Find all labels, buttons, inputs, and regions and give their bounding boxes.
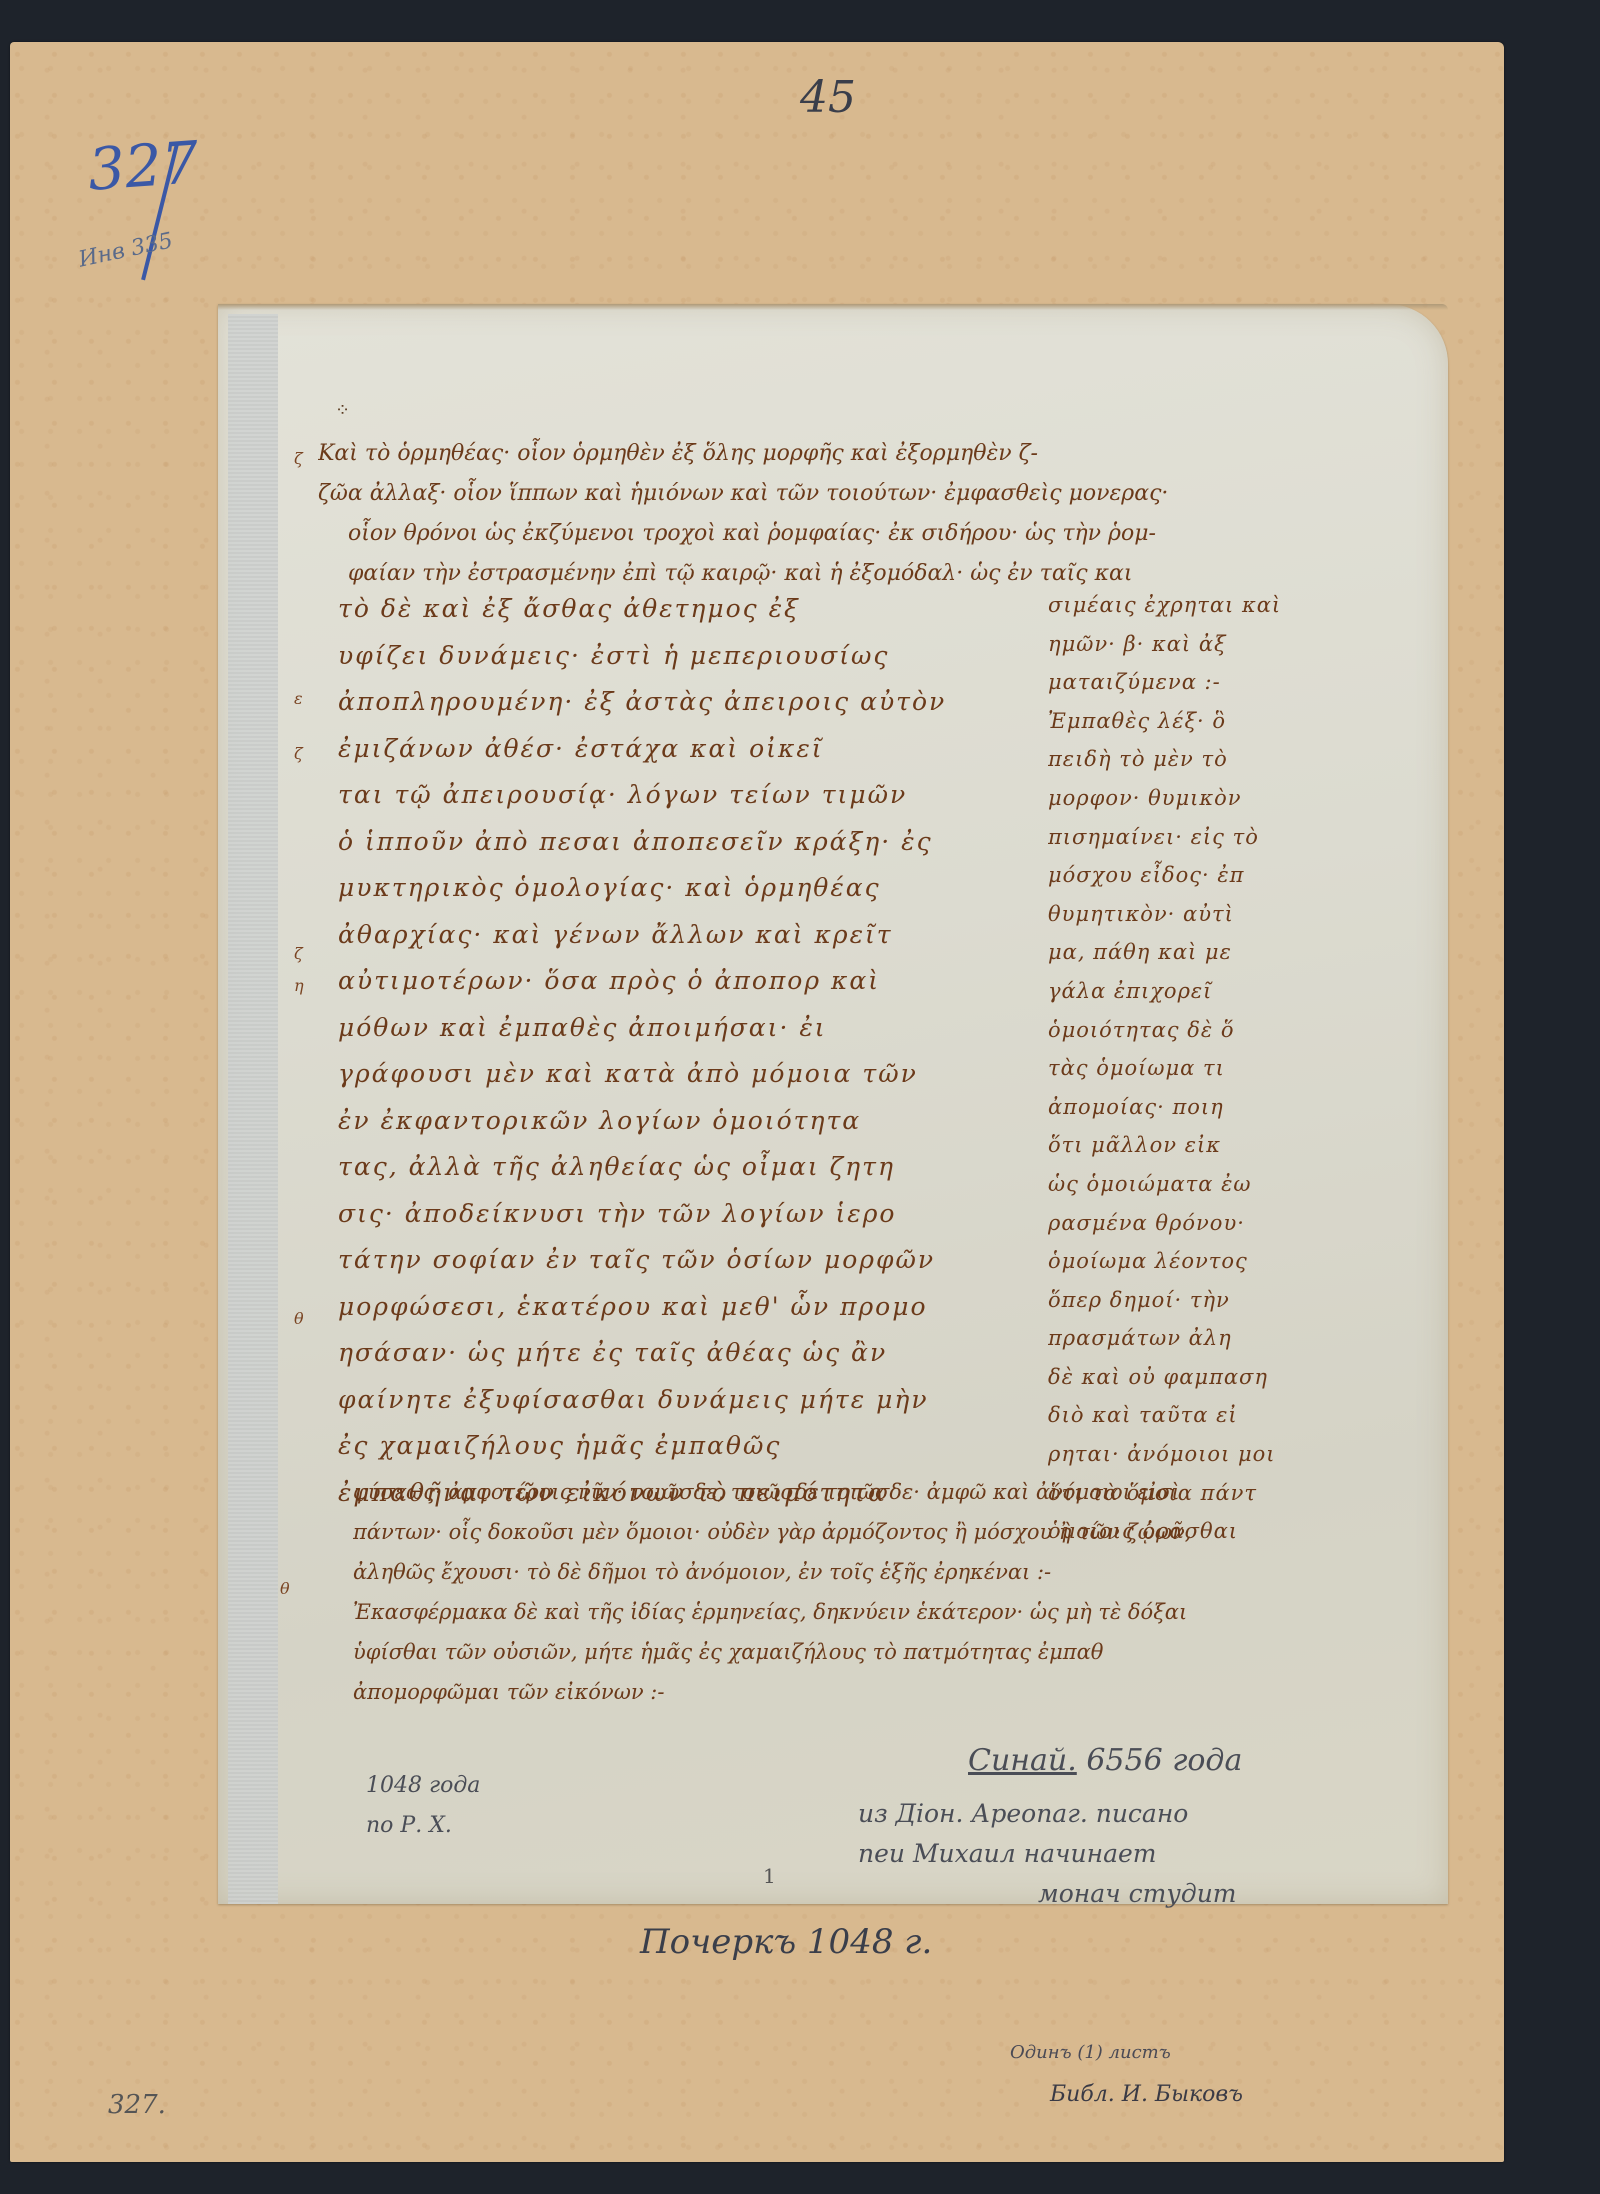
text-line: μορφώσεσι, ἑκατέρου καὶ μεθ' ὧν προμο [338,1284,978,1331]
text-line: τας, ἀλλὰ τῆς ἀληθείας ὡς οἶμαι ζητη [338,1144,978,1191]
manuscript-leaf: ⁘ Καὶ τὸ ὁρμηθέας· οἷον ὁρμηθὲν ἐξ ὅλης … [218,304,1448,1904]
text-line: ὅτι μᾶλλον εἰκ [1048,1126,1378,1165]
main-text-column: τὸ δὲ καὶ ἐξ ἄσθας ἀθετημος ἐξ υφίζει δυ… [338,586,978,1516]
text-line: ὅπερ δημοί· τὴν [1048,1281,1378,1320]
gauze-hinge-strip [228,314,278,1904]
hand-date-label: Почеркъ 1048 г. [640,1922,932,1962]
text-line: γάλα ἐπιχορεῖ [1048,972,1378,1011]
shelf-number: 327 [86,128,201,204]
text-line: ημῶν· β· καὶ ἀξ [1048,625,1378,664]
text-line: μόσχου εἶδος· ἐπ [1048,856,1378,895]
text-line: θυμητικὸν· αὐτὶ [1048,895,1378,934]
margin-mark: ζ [294,744,303,763]
text-line: φαίνητε ἐξυφίσασθαι δυνάμεις μήτε μὴν [338,1377,978,1424]
text-line: ἀληθῶς ἔχουσι· τὸ δὲ δῆμοι τὸ ἀνόμοιον, … [353,1552,1433,1592]
folio-number: 45 [800,72,856,123]
text-line: μυκτηρικὸς ὁμολογίας· καὶ ὁρμηθέας [338,865,978,912]
text-line: υφίζει δυνάμεις· ἐστὶ ἡ μεπεριουσίως [338,633,978,680]
text-line: ἀποπληρουμένη· ἐξ ἀστὰς ἀπειροις αὐτὸν [338,679,978,726]
text-line: φύσεως· ἀμφοτέροις νῦν· τοιῶσδε, τοιῶσδε… [353,1472,1433,1512]
pencil-line: из Діон. Ареопаг. писано [858,1794,1237,1834]
margin-mark: ζ [294,944,303,963]
text-line: ησάσαν· ὡς μήτε ἐς ταῖς ἀθέας ὡς ἂν [338,1330,978,1377]
text-line: Ἐκασφέρμακα δὲ καὶ τῆς ἰδίας ἑρμηνείας, … [353,1592,1433,1632]
text-line: πάντων· οἷς δοκοῦσι μὲν ὅμοιοι· οὐδὲν γὰ… [353,1512,1433,1552]
text-line: τὸ δὲ καὶ ἐξ ἄσθας ἀθετημος ἐξ [338,586,978,633]
pencil-sinai-year: 6556 года [1086,1743,1242,1778]
margin-mark: θ [294,1309,304,1328]
text-line: ὑφίσθαι τῶν οὐσιῶν, μήτε ἡμᾶς ἐς χαμαιζή… [353,1632,1433,1672]
margin-mark: η [294,976,304,995]
pencil-date-note: 1048 года по Р. Х. [366,1766,480,1846]
text-line: μα, πάθη καὶ με [1048,933,1378,972]
pencil-sinai-note: Синай. 6556 года [968,1739,1242,1783]
text-line: ζῶα ἀλλαξ· οἷον ἵππων καὶ ἡμιόνων καὶ τῶ… [318,474,1398,514]
text-line: ρασμένα θρόνου· [1048,1204,1378,1243]
librarian-signature: Библ. И. Быковъ [1050,2082,1243,2107]
text-line: σιμέαις ἐχρηται καὶ [1048,586,1378,625]
text-line: δὲ καὶ οὐ φαμπαση [1048,1358,1378,1397]
text-line: ὁ ἱπποῦν ἀπὸ πεσαι ἀποπεσεῖν κράξη· ἐς [338,819,978,866]
pencil-line: 1048 года [366,1766,480,1806]
ornament-icon: ⁘ [335,400,350,421]
text-line: πρασμάτων ἀλη [1048,1319,1378,1358]
text-line: ἀπομορφῶμαι τῶν εἰκόνων :- [353,1672,1433,1712]
text-line: Ἐμπαθὲς λέξ· ὃ [1048,702,1378,741]
text-line: ἀπομοίας· ποιη [1048,1088,1378,1127]
text-line: σις· ἀποδείκνυσι τὴν τῶν λογίων ἱερο [338,1191,978,1238]
text-line: πισημαίνει· εἰς τὸ [1048,818,1378,857]
text-line: διὸ καὶ ταῦτα εἰ [1048,1396,1378,1435]
text-line: τάτην σοφίαν ἐν ταῖς τῶν ὁσίων μορφῶν [338,1237,978,1284]
pencil-sinai-label: Синай. [968,1743,1077,1778]
text-line: ὡς ὁμοιώματα ἐω [1048,1165,1378,1204]
sheet-count-note: Одинъ (1) листъ [1010,2042,1171,2063]
text-line: οἷον θρόνοι ὡς ἐκζύμενοι τροχοὶ καὶ ῥομφ… [318,514,1398,554]
text-line: αὐτιμοτέρων· ὅσα πρὸς ὁ ἀποπορ καὶ [338,958,978,1005]
text-line: μόθων καὶ ἐμπαθὲς ἀποιμήσαι· ἐι [338,1005,978,1052]
pencil-line: по Р. Х. [366,1806,480,1846]
text-line: πειδὴ τὸ μὲν τὸ [1048,740,1378,779]
margin-mark: ε [294,689,303,708]
pencil-line: монач студит [858,1874,1237,1914]
bottom-text-lines: φύσεως· ἀμφοτέροις νῦν· τοιῶσδε, τοιῶσδε… [353,1472,1433,1712]
text-line: γράφουσι μὲν καὶ κατὰ ἀπὸ μόμοια τῶν [338,1051,978,1098]
text-line: ἐς χαμαιζήλους ἡμᾶς ἐμπαθῶς [338,1423,978,1470]
inventory-number: Инв 335 [76,228,175,272]
text-line: ἀθαρχίας· καὶ γένων ἄλλων καὶ κρεῖτ [338,912,978,959]
text-line: ρηται· ἀνόμοιοι μοι [1048,1435,1378,1474]
pencil-line: пеи Михаил начинает [858,1834,1237,1874]
text-line: ἐν ἐκφαντορικῶν λογίων ὁμοιότητα [338,1098,978,1145]
text-line: ματαιζύμενα :- [1048,663,1378,702]
text-line: μορφον· θυμικὸν [1048,779,1378,818]
text-line: τὰς ὁμοίωμα τι [1048,1049,1378,1088]
text-line: ὁμοίωμα λέοντος [1048,1242,1378,1281]
top-text-lines: Καὶ τὸ ὁρμηθέας· οἷον ὁρμηθὲν ἐξ ὅλης μο… [318,434,1398,594]
text-line: ται τῷ ἀπειρουσίᾳ· λόγων τείων τιμῶν [338,772,978,819]
mount-board: 45 327 Инв 335 ⁘ Καὶ τὸ ὁρμηθέας· οἷον ὁ… [10,42,1504,2162]
corner-number: 327. [108,2090,166,2120]
text-line: ὁμοιότητας δὲ ὅ [1048,1011,1378,1050]
margin-mark: θ [280,1579,290,1598]
margin-mark: ζ [294,449,303,468]
pencil-body-note: из Діон. Ареопаг. писано пеи Михаил начи… [858,1794,1237,1914]
text-line: Καὶ τὸ ὁρμηθέας· οἷον ὁρμηθὲν ἐξ ὅλης μο… [318,434,1398,474]
text-line: ἐμιζάνων ἀθέσ· ἐστάχα καὶ οἰκεῖ [338,726,978,773]
pencil-tick: 1 [763,1864,776,1888]
commentary-column: σιμέαις ἐχρηται καὶ ημῶν· β· καὶ ἀξ ματα… [1048,586,1378,1551]
